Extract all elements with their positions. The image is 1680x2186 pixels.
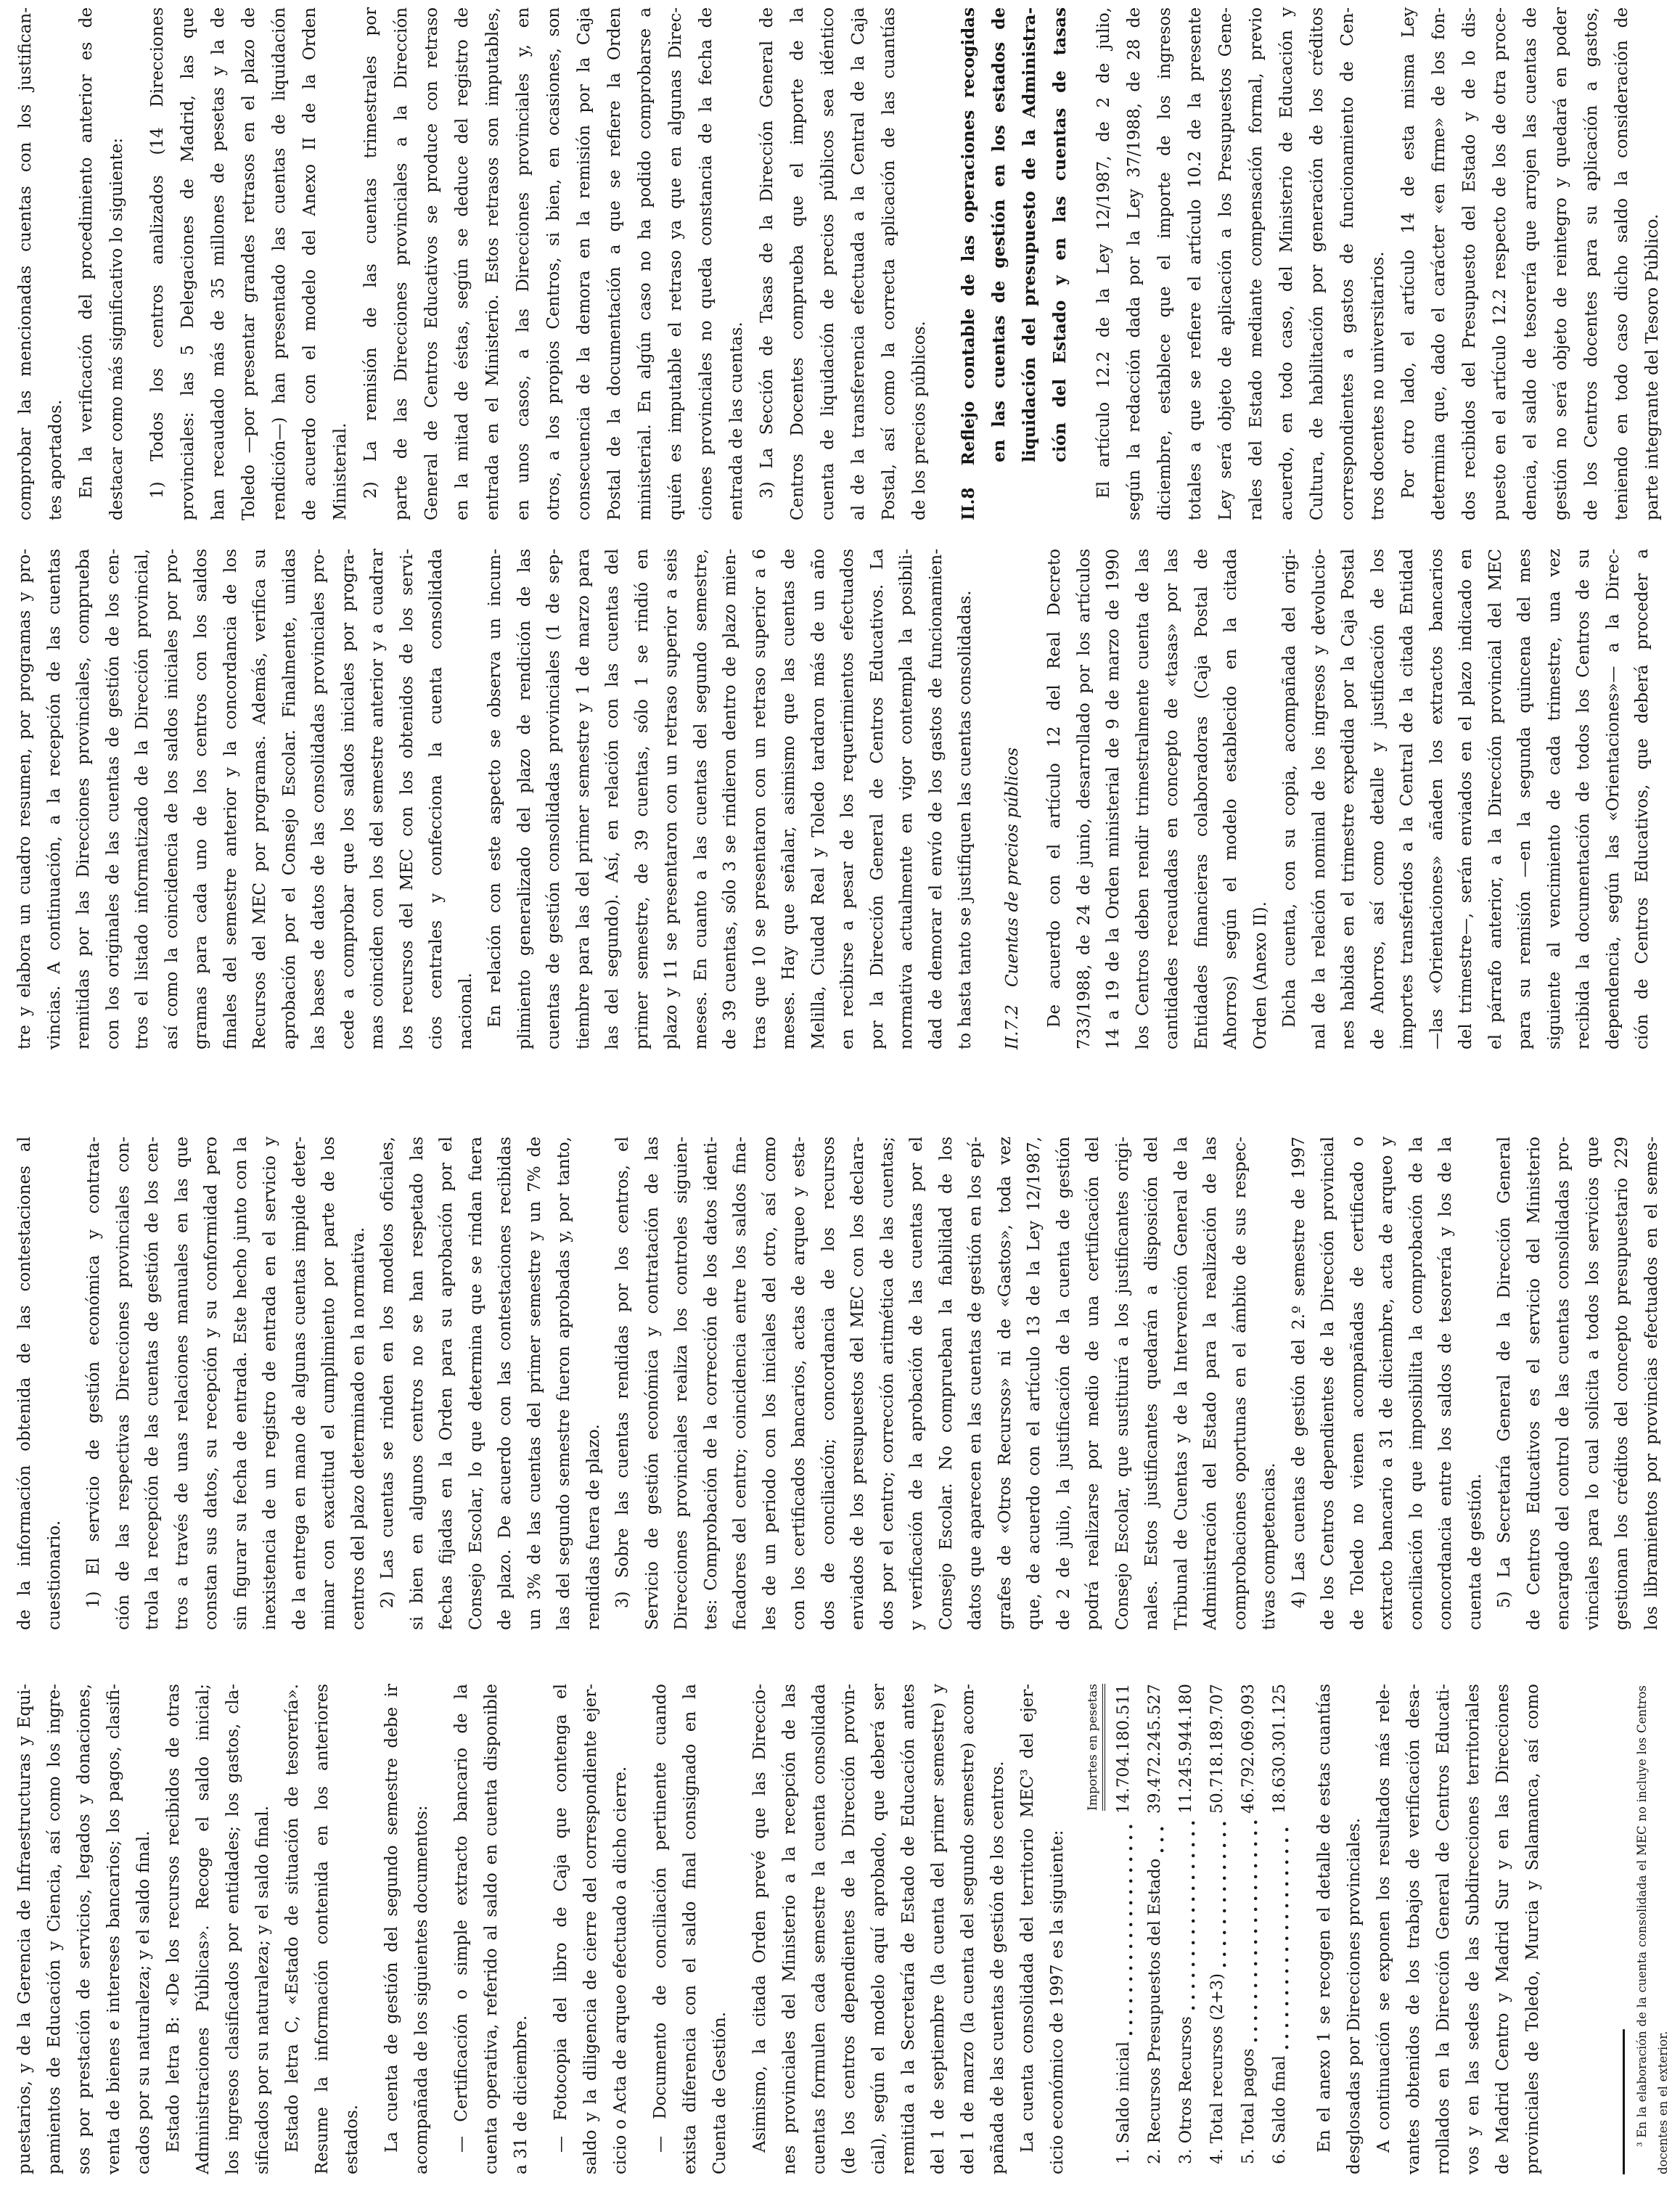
section-heading: II.8Reflejo contable de las operaciones … [954, 7, 1075, 520]
text-line: Asimismo, la citada Orden prevé que las … [745, 1684, 775, 2174]
text-line: tras que 10 se presentaron con un retras… [745, 549, 775, 1049]
row-label: 2. Recursos Presupuestos del Estado [1139, 1859, 1171, 2164]
text-line: Ahorros) según el modelo establecido en … [1216, 549, 1246, 1049]
text-line: gestionan los créditos del concepto pres… [1607, 1137, 1637, 1630]
text-line: Servicio de gestión económica y contrata… [638, 1137, 668, 1630]
paragraph: — Certificación o simple extracto bancar… [447, 1684, 536, 2174]
text-line: remitidas por las Direcciones provincial… [69, 549, 99, 1049]
text-line: provinciales de Toledo, Murcia y Salaman… [1518, 1684, 1548, 2174]
text-column-3: tre y elabora un cuadro resumen, por pro… [10, 549, 1673, 1049]
text-line: — Certificación o simple extracto bancar… [447, 1684, 477, 2174]
text-line: en la mitad de éstas, según se deduce de… [447, 7, 478, 520]
text-line: y verificación de la aprobación de las c… [902, 1137, 932, 1630]
text-line: 4) Las cuentas de gestión del 2.º semest… [1284, 1137, 1314, 1630]
page: { "document": { "kind": "scanned report … [0, 0, 1680, 2186]
text-line: estados. [337, 1684, 367, 2174]
text-line: vinciales para lo cual solicita a todos … [1578, 1137, 1608, 1630]
text-line: Orden (Anexo II). [1246, 549, 1276, 1049]
text-line: en unos casos, a las Direcciones provinc… [508, 7, 538, 520]
text-line: aprobación por el Consejo Escolar. Final… [275, 549, 305, 1049]
paragraph: tre y elabora un cuadro resumen, por pro… [10, 549, 480, 1049]
text-line: que, de acuerdo con el artículo 13 de la… [1020, 1137, 1049, 1630]
heading-text: Reflejo contable de las operaciones reco… [959, 7, 978, 465]
subsection-heading: II.7.2Cuentas de precios públicos [998, 549, 1028, 1049]
text-line: fechas fijadas en la Orden para su aprob… [432, 1137, 462, 1630]
text-line: rales del Estado mediante compensación f… [1241, 7, 1271, 520]
paragraph: 2) La remisión de las cuentas trimestral… [356, 7, 752, 520]
paragraph: Dicha cuenta, con su copia, acompañada d… [1275, 549, 1658, 1049]
text-line: Direcciones provinciales realiza los con… [667, 1137, 697, 1630]
dot-leader [1160, 1820, 1164, 1852]
text-line: dad de demorar el envío de los gastos de… [922, 549, 951, 1049]
paragraph: En la verificación del procedimiento ant… [71, 7, 132, 520]
text-line: cial), según el modelo aquí aprobado, qu… [864, 1684, 894, 2174]
text-line: normativa actualmente en vigor contempla… [892, 549, 922, 1049]
text-line: sos por prestación de servicios, legados… [70, 1684, 99, 2174]
text-line: de Centros Educativos es el servicio del… [1520, 1137, 1549, 1630]
row-value: 39.472.245.527 [1139, 1684, 1171, 1814]
paragraph: comprobar las mencionadas cuentas con lo… [10, 7, 71, 520]
text-line: extracto bancario a 31 de diciembre, act… [1372, 1137, 1402, 1630]
text-line: General de Centros Educativos se produce… [417, 7, 447, 520]
paragraph: 2) Las cuentas se rinden en los modelos … [373, 1137, 608, 1630]
paragraph: puestarios, y de la Gerencia de Infraest… [10, 1684, 159, 2174]
paragraph: 1) Todos los centros analizados (14 Dire… [142, 7, 356, 520]
text-line: Recursos del MEC por programas. Además, … [245, 549, 275, 1049]
paragraph: de la información obtenida de las contes… [10, 1137, 69, 1630]
text-line: plazo y 11 se presentaron con un retraso… [657, 549, 687, 1049]
text-line: La cuenta consolidada del territorio MEC… [1013, 1684, 1043, 2174]
dot-leader [1192, 1820, 1195, 2010]
text-line: cuenta operativa, referido al saldo en c… [477, 1684, 507, 2174]
text-line: comprobaciones oportunas en el ámbito de… [1226, 1137, 1255, 1630]
text-line: datos que aparecen en las cuentas de ges… [961, 1137, 991, 1630]
text-line: 5) La Secretaría General de la Dirección… [1490, 1137, 1520, 1630]
text-line: vos y en las sedes de las Subdirecciones… [1459, 1684, 1488, 2174]
paragraph: 4) Las cuentas de gestión del 2.º semest… [1284, 1137, 1491, 1630]
text-line: — Fotocopia del libro de Caja que conten… [546, 1684, 576, 2174]
text-line: otros, a los propios Centros, si bien, e… [538, 7, 569, 520]
paragraph: — Fotocopia del libro de Caja que conten… [546, 1684, 636, 2174]
table-row: 5. Total pagos46.792.069.093 [1233, 1684, 1264, 2164]
paragraph: La cuenta de gestión del segundo semestr… [377, 1684, 437, 2174]
text-line: tros docentes no universitarios. [1363, 7, 1393, 520]
table-row: 1. Saldo inicial14.704.180.511 [1108, 1684, 1139, 2164]
text-line: Entidades financieras colaboradoras (Caj… [1187, 549, 1217, 1049]
paragraph: 3) Sobre las cuentas rendidas por los ce… [608, 1137, 1284, 1630]
text-line: vincias. A continuación, a la recepción … [40, 549, 70, 1049]
text-line: tros a través de unas relaciones manuale… [168, 1137, 197, 1630]
footnote-rule [1623, 2029, 1625, 2174]
text-line: destacar como más significativo lo sigui… [102, 7, 132, 520]
consolidated-account-table: Importes en pesetas1. Saldo inicial14.70… [1084, 1684, 1295, 2174]
text-line: Ley será objeto de aplicación a los Pres… [1210, 7, 1241, 520]
text-line: con los certificados bancarios, actas de… [784, 1137, 814, 1630]
text-line: los recursos del MEC con los obtenidos d… [393, 549, 422, 1049]
text-line: entrada de las cuentas. [721, 7, 752, 520]
text-line: Resume la información contenida en los a… [308, 1684, 337, 2174]
text-line: nes habidas en el trimestre expedida por… [1334, 549, 1364, 1049]
text-line: de acuerdo con el modelo del Anexo II de… [295, 7, 325, 520]
text-column-2: de la información obtenida de las contes… [10, 1137, 1673, 1630]
text-line: nes provinciales del Ministerio a la rec… [775, 1684, 805, 2174]
scanned-document-image: puestarios, y de la Gerencia de Infraest… [0, 0, 1680, 2186]
text-line: del 1 de marzo (la cuenta del segundo se… [954, 1684, 983, 2174]
text-line: Consejo Escolar, lo que determina que se… [462, 1137, 491, 1630]
text-line: plimiento generalizado del plazo de rend… [510, 549, 540, 1049]
text-line: nales. Estos justificantes quedarán a di… [1137, 1137, 1167, 1630]
text-line: tes: Comprobación de la corrección de lo… [697, 1137, 726, 1630]
text-line: —las «Orientaciones» añaden los extracto… [1422, 549, 1452, 1049]
text-line: Estado letra B: «De los recursos recibid… [159, 1684, 189, 2174]
text-line: les de un periodo con los iniciales del … [755, 1137, 785, 1630]
row-value: 18.630.301.125 [1264, 1684, 1295, 1814]
text-line: pamientos de Educación y Ciencia, así co… [40, 1684, 70, 2174]
text-line: por la Dirección General de Centros Educ… [863, 549, 893, 1049]
text-line: para su remisión —en la segunda quincena… [1510, 549, 1540, 1049]
text-column-1: puestarios, y de la Gerencia de Infraest… [10, 1684, 1673, 2174]
row-value: 14.704.180.511 [1108, 1684, 1139, 1814]
text-line: provinciales: las 5 Delegaciones de Madr… [173, 7, 203, 520]
text-line: Melilla, Ciudad Real y Toledo tardaron m… [804, 549, 834, 1049]
text-line: de plazo. De acuerdo con las contestacio… [491, 1137, 520, 1630]
text-line: gramas para cada uno de los centros con … [187, 549, 216, 1049]
text-line: dos por el centro; corrección aritmética… [873, 1137, 903, 1630]
text-line: cicio económico de 1997 es la siguiente: [1043, 1684, 1073, 2174]
text-line: el párrafo anterior, a la Dirección prov… [1481, 549, 1511, 1049]
text-line: acuerdo, en todo caso, del Ministerio de… [1271, 7, 1302, 520]
heading-text: Cuentas de precios públicos [1003, 748, 1022, 987]
text-line: En relación con este aspecto se observa … [480, 549, 510, 1049]
text-line: han recaudado más de 35 millones de pese… [203, 7, 234, 520]
text-line: Cuenta de Gestión. [705, 1684, 735, 2174]
paragraph: El artículo 12.2 de la Ley 12/1987, de 2… [1089, 7, 1393, 520]
text-line: 2) Las cuentas se rinden en los modelos … [373, 1137, 403, 1630]
text-line: siguiente al vencimiento de cada trimest… [1540, 549, 1570, 1049]
text-line: sificados por su naturaleza; y el saldo … [248, 1684, 278, 2174]
text-line: en recibirse a pesar de los requerimient… [833, 549, 863, 1049]
text-line: del trimestre—, serán enviados en el pla… [1451, 549, 1481, 1049]
text-line: correspondientes a gastos de funcionamie… [1332, 7, 1363, 520]
paragraph: En relación con este aspecto se observa … [480, 549, 980, 1049]
heading-number: II.7.2 [1003, 1004, 1022, 1049]
text-line: Postal, así como la correcta aplicación … [874, 7, 904, 520]
text-line: trola la recepción de las cuentas de ges… [138, 1137, 168, 1630]
text-line: cantidades recaudadas en concepto de «ta… [1157, 549, 1187, 1049]
text-line: de los precios públicos. [904, 7, 935, 520]
footnote-line: docentes en el exterior. [1652, 1684, 1673, 2174]
text-line: 14 a 19 de la Orden ministerial de 9 de … [1099, 549, 1128, 1049]
text-line: las bases de datos de las consolidadas p… [304, 549, 334, 1049]
text-line: así como la coincidencia de los saldos i… [157, 549, 187, 1049]
text-line: En el anexo 1 se recogen el detalle de e… [1310, 1684, 1340, 2174]
text-line: de la información obtenida de las contes… [10, 1137, 40, 1630]
text-line: recibida la documentación de todos los C… [1569, 549, 1599, 1049]
paragraph: La cuenta consolidada del territorio MEC… [1013, 1684, 1073, 2174]
text-line: de Toledo no vienen acompañadas de certi… [1343, 1137, 1373, 1630]
text-line: meses. En cuanto a las cuentas del segun… [687, 549, 716, 1049]
text-line: puestarios, y de la Gerencia de Infraest… [10, 1684, 40, 2174]
text-line: Dicha cuenta, con su copia, acompañada d… [1275, 549, 1305, 1049]
text-line: meses. Hay que señalar, asimismo que las… [774, 549, 804, 1049]
text-line: desglosadas por Direcciones provinciales… [1340, 1684, 1369, 2174]
text-line: los Centros deben rendir trimestralmente… [1128, 549, 1158, 1049]
paragraph: De acuerdo con el artículo 12 del Real D… [1040, 549, 1275, 1049]
text-line: Administraciones Públicas». Recoge el sa… [189, 1684, 218, 2174]
table-row: 3. Otros Recursos11.245.944.180 [1171, 1684, 1202, 2164]
text-line: concordancia entre los saldos de tesorer… [1431, 1137, 1461, 1630]
text-line: Postal de la documentación a que se refi… [599, 7, 630, 520]
heading-number: II.8 [959, 487, 978, 520]
text-line: un 3% de las cuentas del primer semestre… [520, 1137, 550, 1630]
text-line: exista diferencia con el saldo final con… [676, 1684, 705, 2174]
paragraph: 5) La Secretaría General de la Dirección… [1490, 1137, 1666, 1630]
text-line: de 39 cuentas, sólo 3 se rindieron dentr… [716, 549, 745, 1049]
text-line: dencia, el saldo de tesorería que arroje… [1515, 7, 1546, 520]
paragraph: Asimismo, la citada Orden prevé que las … [745, 1684, 1013, 2174]
text-line: en las cuentas de gestión en los estados… [984, 7, 1015, 520]
text-line: cicio o Acta de arqueo efectuado a dicho… [606, 1684, 636, 2174]
text-line: entrada en el Ministerio. Estos retrasos… [478, 7, 508, 520]
text-line: grafes de «Otros Recursos» ni de «Gastos… [991, 1137, 1020, 1630]
text-line: rendidas fuera de plazo. [579, 1137, 609, 1630]
dot-leader [1223, 1820, 1226, 1967]
text-line: minar con exactitud el cumplimiento por … [314, 1137, 344, 1630]
text-line: los ingresos clasificados por entidades;… [218, 1684, 248, 2174]
row-label: 1. Saldo inicial [1108, 2042, 1139, 2164]
text-line: podrá realizarse por medio de una certif… [1078, 1137, 1108, 1630]
text-line: de 2 de julio, la justificación de la cu… [1049, 1137, 1079, 1630]
text-line: A continuación se exponen los resultados… [1369, 1684, 1399, 2174]
text-line: sin figurar su fecha de entrada. Este he… [226, 1137, 256, 1630]
text-line: consecuencia de la demora en la remisión… [569, 7, 599, 520]
paragraph: Estado letra B: «De los recursos recibid… [159, 1684, 278, 2174]
text-line: Estado letra C, «Estado de situación de … [278, 1684, 308, 2174]
dot-leader [1285, 1820, 1289, 2049]
text-line: 733/1988, de 24 de junio, desarrollado p… [1070, 549, 1099, 1049]
table-caption-text: Importes en pesetas [1084, 1684, 1105, 1811]
text-line: ficadores del centro; coincidencia entre… [726, 1137, 755, 1630]
dot-leader [1254, 1820, 1258, 2042]
row-label: 4. Total recursos (2+3) [1202, 1973, 1233, 2164]
text-line: al de la transferencia efectuada a la Ce… [843, 7, 874, 520]
text-line: El artículo 12.2 de la Ley 12/1987, de 2… [1089, 7, 1119, 520]
paragraph: 1) El servicio de gestión económica y co… [79, 1137, 373, 1630]
text-line: 3) La Sección de Tasas de la Dirección G… [752, 7, 782, 520]
row-value: 11.245.944.180 [1171, 1684, 1202, 1814]
text-line: si bien en algunos centros no se han res… [403, 1137, 433, 1630]
text-line: Tribunal de Cuentas y de la Intervención… [1167, 1137, 1197, 1630]
table-row: 4. Total recursos (2+3)50.718.189.707 [1202, 1684, 1233, 2164]
text-line: Cultura, de habilitación por generación … [1302, 7, 1332, 520]
text-line: vantes obtenidos de los trabajos de veri… [1399, 1684, 1429, 2174]
text-line: totales a que se refiere el artículo 10.… [1180, 7, 1210, 520]
paragraph: En el anexo 1 se recogen el detalle de e… [1310, 1684, 1369, 2174]
paragraph: 3) La Sección de Tasas de la Dirección G… [752, 7, 935, 520]
text-line: ción de Centros Educativos, que deberá p… [1628, 549, 1658, 1049]
text-line: inexistencia de un registro de entrada e… [255, 1137, 285, 1630]
text-line: (de los centros dependientes de la Direc… [835, 1684, 864, 2174]
text-line: determina que, dado el carácter «en firm… [1424, 7, 1454, 520]
text-line: — Documento de conciliación pertinente c… [646, 1684, 676, 2174]
text-line: diciembre, establece que el importe de l… [1150, 7, 1180, 520]
text-line: De acuerdo con el artículo 12 del Real D… [1040, 549, 1070, 1049]
text-line: saldo y la diligencia de cierre del corr… [576, 1684, 606, 2174]
text-line: tiembre para las del primer semestre y 1… [569, 549, 599, 1049]
table-caption: Importes en pesetas [1084, 1684, 1105, 2164]
text-line: Centros Docentes comprueba que el import… [782, 7, 813, 520]
paragraph: Por otro lado, el artículo 14 de esta mi… [1393, 7, 1668, 520]
text-line: Por otro lado, el artículo 14 de esta mi… [1393, 7, 1424, 520]
paragraph: Estado letra C, «Estado de situación de … [278, 1684, 367, 2174]
text-line: importes transferidos a la Central de la… [1393, 549, 1422, 1049]
text-line: gestión no será objeto de reintegro y qu… [1546, 7, 1576, 520]
row-label: 6. Saldo final [1264, 2055, 1295, 2164]
text-line: según la redacción dada por la Ley 37/19… [1119, 7, 1150, 520]
text-line: las del segundo semestre fueron aprobada… [549, 1137, 579, 1630]
text-line: a 31 de diciembre. [507, 1684, 536, 2174]
text-line: nacional. [451, 549, 481, 1049]
row-value: 46.792.069.093 [1233, 1684, 1264, 1814]
text-line: primer semestre, de 39 cuentas, sólo 1 s… [628, 549, 657, 1049]
text-line: comprobar las mencionadas cuentas con lo… [10, 7, 41, 520]
text-line: En la verificación del procedimiento ant… [71, 7, 102, 520]
text-line: cados por su naturaleza; y el saldo fina… [129, 1684, 159, 2174]
text-line: dos recibidos del Presupuesto del Estado… [1454, 7, 1485, 520]
text-line: tivas competencias. [1255, 1137, 1284, 1630]
text-line: conciliación lo que imposibilita la comp… [1402, 1137, 1432, 1630]
text-line: Toledo —por presentar grandes retrasos e… [234, 7, 264, 520]
text-line: puesto en el artículo 12.2 respecto de l… [1485, 7, 1515, 520]
text-line: de Madrid Centro y Madrid Sur y en las D… [1488, 1684, 1518, 2174]
text-line: dependencia, según las «Orientaciones»— … [1599, 549, 1628, 1049]
paragraph: A continuación se exponen los resultados… [1369, 1684, 1548, 2174]
text-line: cuenta de gestión. [1461, 1137, 1491, 1630]
text-line: II.7.2Cuentas de precios públicos [998, 549, 1028, 1049]
text-line: los libramientos por provincias efectuad… [1637, 1137, 1667, 1630]
text-line: mas coinciden con los del semestre anter… [363, 549, 393, 1049]
row-label: 3. Otros Recursos [1171, 2016, 1202, 2164]
text-line: Consejo Escolar. No comprueban la fiabil… [932, 1137, 962, 1630]
text-line: quién es imputable el retraso ya que en … [660, 7, 691, 520]
text-line: de la entrega en mano de algunas cuentas… [285, 1137, 315, 1630]
text-line: dos de conciliación; concordancia de los… [814, 1137, 844, 1630]
text-line: centros del plazo determinado en la norm… [344, 1137, 374, 1630]
text-line: nal de la relación nominal de los ingres… [1305, 549, 1335, 1049]
text-line: teniendo en todo caso dicho saldo la con… [1607, 7, 1637, 520]
text-line: cuentas formulen cada semestre la cuenta… [805, 1684, 835, 2174]
text-line: remitida a la Secretaría de Estado de Ed… [894, 1684, 924, 2174]
text-line: acompañada de los siguientes documentos: [407, 1684, 437, 2174]
text-line: encargado del control de las cuentas con… [1549, 1137, 1578, 1630]
text-line: rrollados en la Dirección General de Cen… [1429, 1684, 1459, 2174]
text-line: ministerial. En algún caso no ha podido … [630, 7, 660, 520]
text-line: de los Centros docentes para su aplicaci… [1576, 7, 1607, 520]
footnote: ³ En la elaboración de la cuenta consoli… [1623, 1684, 1673, 2174]
dot-leader [1129, 1820, 1133, 2035]
table-row: 6. Saldo final18.630.301.125 [1264, 1684, 1295, 2164]
text-line: cuestionario. [40, 1137, 70, 1630]
paragraph: — Documento de conciliación pertinente c… [646, 1684, 735, 2174]
text-line: pañada de las cuentas de gestión de los … [983, 1684, 1013, 2174]
text-column-4: comprobar las mencionadas cuentas con lo… [10, 7, 1673, 520]
text-line: ción del Estado y en las cuentas de tasa… [1045, 7, 1075, 520]
text-line: del 1 de septiembre (la cuenta del prime… [924, 1684, 954, 2174]
text-line: cuenta de liquidación de precios público… [813, 7, 843, 520]
text-line: 1) Todos los centros analizados (14 Dire… [142, 7, 173, 520]
text-line: Ministerial. [325, 7, 356, 520]
text-line: parte integrante del Tesoro Público. [1637, 7, 1668, 520]
text-line: tes aportados. [41, 7, 71, 520]
row-label: 5. Total pagos [1233, 2048, 1264, 2164]
text-line: tros el listado informatizado de la Dire… [128, 549, 157, 1049]
text-line: to hasta tanto se justifiquen las cuenta… [951, 549, 980, 1049]
text-line: de los Centros dependientes de la Direcc… [1314, 1137, 1343, 1630]
text-line: rendición—) han presentado las cuentas d… [264, 7, 295, 520]
text-line: cios centrales y confecciona la cuenta c… [422, 549, 451, 1049]
row-value: 50.718.189.707 [1202, 1684, 1233, 1814]
footnote-line: ³ En la elaboración de la cuenta consoli… [1631, 1684, 1652, 2174]
text-line: Administración del Estado para la realiz… [1196, 1137, 1226, 1630]
text-line: 1) El servicio de gestión económica y co… [79, 1137, 109, 1630]
text-line: constan sus datos, su recepción y su con… [197, 1137, 226, 1630]
text-line: 3) Sobre las cuentas rendidas por los ce… [608, 1137, 638, 1630]
text-line: de Ahorros, así como detalle y justifica… [1364, 549, 1393, 1049]
text-line: cuentas de gestión consolidadas provinci… [539, 549, 569, 1049]
text-line: las del segundo). Así, en relación con l… [598, 549, 628, 1049]
text-line: parte de las Direcciones provinciales a … [386, 7, 417, 520]
text-line: ción de las respectivas Direcciones prov… [109, 1137, 139, 1630]
text-line: 2) La remisión de las cuentas trimestral… [356, 7, 386, 520]
text-line: tre y elabora un cuadro resumen, por pro… [10, 549, 40, 1049]
rotated-scan-sheet: puestarios, y de la Gerencia de Infraest… [0, 0, 1680, 2186]
text-line: enviados de los presupuestos del MEC con… [843, 1137, 873, 1630]
text-line: liquidación del presupuesto de la Admini… [1015, 7, 1045, 520]
text-line: venta de bienes e intereses bancarios; l… [99, 1684, 129, 2174]
text-line: finales del semestre anterior y la conco… [216, 549, 246, 1049]
text-line: con los originales de las cuentas de ges… [99, 549, 128, 1049]
text-line: ciones provinciales no queda constancia … [691, 7, 721, 520]
text-line: La cuenta de gestión del segundo semestr… [377, 1684, 407, 2174]
text-line: cede a comprobar que los saldos iniciale… [334, 549, 364, 1049]
text-line: Consejo Escolar, que sustituirá a los ju… [1108, 1137, 1138, 1630]
text-line: II.8Reflejo contable de las operaciones … [954, 7, 984, 520]
table-row: 2. Recursos Presupuestos del Estado39.47… [1139, 1684, 1171, 2164]
